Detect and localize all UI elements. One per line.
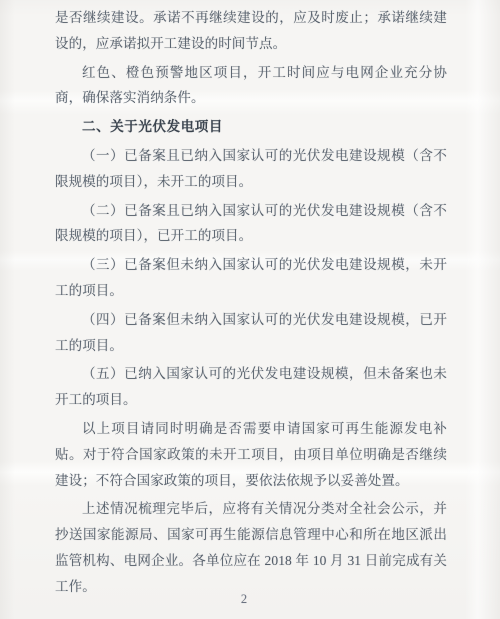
- paragraph-subsidy-clarification: 以上项目请同时明确是否需要申请国家可再生能源发电补贴。对于符合国家政策的未开工项…: [55, 416, 447, 493]
- list-item-5: （五）已纳入国家认可的光伏发电建设规模，但未备案也未开工的项目。: [55, 361, 447, 413]
- list-item-3: （三）已备案但未纳入国家认可的光伏发电建设规模，未开工的项目。: [55, 252, 447, 304]
- paragraph-warning-regions: 红色、橙色预警地区项目，开工时间应与电网企业充分协商，确保落实消纳条件。: [55, 60, 447, 112]
- section-heading-pv-projects: 二、关于光伏发电项目: [55, 114, 447, 140]
- paragraph-deadline: 上述情况梳理完毕后，应将有关情况分类对全社会公示，并抄送国家能源局、国家可再生能…: [55, 496, 447, 599]
- list-item-4: （四）已备案但未纳入国家认可的光伏发电建设规模，已开工的项目。: [55, 307, 447, 359]
- document-body: 是否继续建设。承诺不再继续建设的，应及时废止；承诺继续建设的，应承诺拟开工建设的…: [55, 5, 447, 603]
- list-item-1: （一）已备案且已纳入国家认可的光伏发电建设规模（含不限规模的项目），未开工的项目…: [55, 143, 447, 195]
- document-page: 是否继续建设。承诺不再继续建设的，应及时废止；承诺继续建设的，应承诺拟开工建设的…: [0, 0, 500, 619]
- paragraph-continuation: 是否继续建设。承诺不再继续建设的，应及时废止；承诺继续建设的，应承诺拟开工建设的…: [55, 5, 447, 57]
- list-item-2: （二）已备案且已纳入国家认可的光伏发电建设规模（含不限规模的项目），已开工的项目…: [55, 198, 447, 250]
- page-number: 2: [0, 592, 488, 607]
